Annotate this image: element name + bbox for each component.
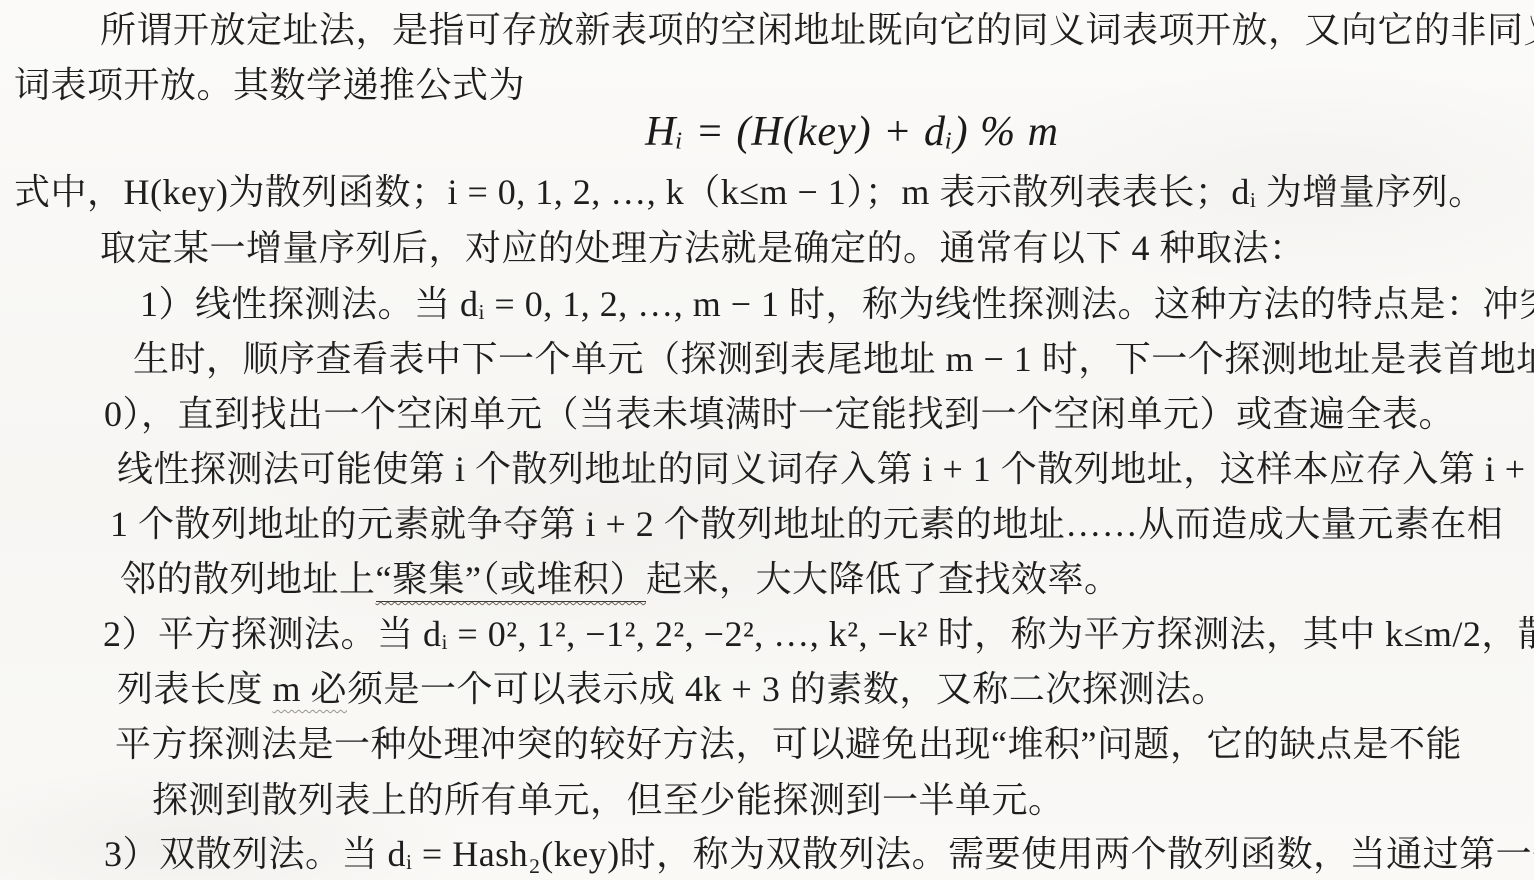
list-item-2-line-1: 2）平方探测法。当 dᵢ = 0², 1², −1², 2², −2², …, … (103, 610, 1534, 658)
list-item-1-line-2: 生时，顺序查看表中下一个单元（探测到表尾地址 m − 1 时，下一个探测地址是表… (133, 335, 1534, 383)
hash-recurrence-formula: Hᵢ = (H(key) + dᵢ) % m (0, 108, 1534, 156)
clustering-emphasized-phrase: “聚集”（或堆积） (376, 559, 646, 602)
methods-intro-line: 取定某一增量序列后，对应的处理方法就是确定的。通常有以下 4 种取法： (100, 224, 1306, 272)
list-item-1-line-4: 线性探测法可能使第 i 个散列地址的同义词存入第 i + 1 个散列地址，这样本… (117, 445, 1526, 493)
list-item-1-line-3: 0），直到找出一个空闲单元（当表未填满时一定能找到一个空闲单元）或查遍全表。 (104, 390, 1455, 438)
list-item-1-line-1: 1）线性探测法。当 dᵢ = 0, 1, 2, …, m − 1 时，称为线性探… (140, 280, 1534, 328)
list-item-1-line-6-pre: 邻的散列地址上 (120, 559, 376, 599)
list-item-2-line-2-post: 须是一个可以表示成 4k + 3 的素数，又称二次探测法。 (347, 669, 1228, 709)
list-item-2-line-2-pre: 列表长度 (117, 669, 273, 709)
table-length-emphasized-phrase: m 必 (273, 669, 348, 709)
list-item-1-line-6: 邻的散列地址上“聚集”（或堆积）起来，大大降低了查找效率。 (120, 555, 1121, 603)
list-item-1-line-6-post: 起来，大大降低了查找效率。 (646, 559, 1121, 599)
paragraph-intro-line-1: 所谓开放定址法，是指可存放新表项的空闲地址既向它的同义词表项开放，又向它的非同义 (100, 6, 1534, 54)
paragraph-intro-line-2: 词表项开放。其数学递推公式为 (14, 61, 525, 109)
list-item-2-line-3: 平方探测法是一种处理冲突的较好方法，可以避免出现“堆积”问题，它的缺点是不能 (115, 720, 1462, 768)
list-item-2-line-4: 探测到散列表上的所有单元，但至少能探测到一半单元。 (152, 776, 1065, 824)
scanned-textbook-page: { "doc": { "intro": { "line1": "所谓开放定址法，… (0, 0, 1534, 880)
list-item-2-line-2: 列表长度 m 必须是一个可以表示成 4k + 3 的素数，又称二次探测法。 (117, 665, 1228, 713)
list-item-1-line-5: 1 个散列地址的元素就争夺第 i + 2 个散列地址的元素的地址……从而造成大量… (110, 500, 1503, 548)
formula-explanation-line: 式中，H(key)为散列函数；i = 0, 1, 2, …, k（k≤m − 1… (14, 168, 1485, 216)
page-body: 所谓开放定址法，是指可存放新表项的空闲地址既向它的同义词表项开放，又向它的非同义… (0, 0, 1534, 880)
list-item-3-line-1: 3）双散列法。当 dᵢ = Hash₂(key)时，称为双散列法。需要使用两个散… (104, 830, 1534, 878)
